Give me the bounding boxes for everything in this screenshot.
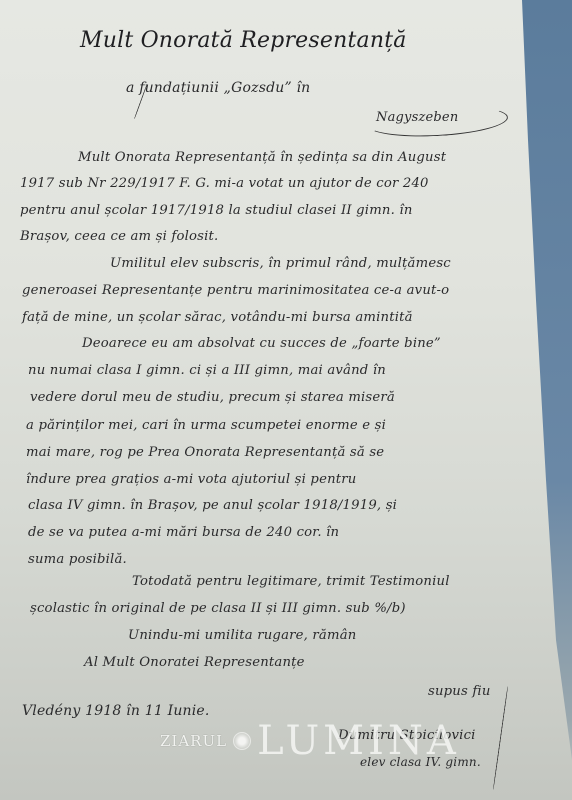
signature-title: elev clasa IV. gimn. [360,755,481,769]
paragraph-1-line-1: Mult Onorata Representanță în ședința sa… [78,150,446,165]
paragraph-4-line-1: Totodată pentru legitimare, trimit Testi… [132,574,450,589]
paragraph-4-line-2: școlastic în original de pe clasa II și … [30,601,406,616]
paragraph-1-line-2: 1917 sub Nr 229/1917 F. G. mi-a votat un… [20,176,429,191]
location-underline-flourish [365,102,508,139]
paragraph-3-line-6: îndure prea grațios a-mi vota ajutoriul … [26,472,356,487]
closing-signoff: supus fiu [428,684,491,699]
paragraph-3-line-7: clasa IV gimn. în Brașov, pe anul școlar… [28,498,397,513]
paragraph-3-line-4: a părinților mei, cari în urma scumpetei… [26,418,386,433]
watermark-emblem-icon [233,732,251,750]
paragraph-2-line-1: Umilitul elev subscris, în primul rând, … [110,256,451,271]
paragraph-3-line-8: de se va putea a-mi mări bursa de 240 co… [28,525,339,540]
paragraph-3-line-3: vedere dorul meu de studiu, precum și st… [30,390,395,405]
closing-place-date: Vledény 1918 în 11 Iunie. [22,703,210,719]
watermark-prefix: ZIARUL [160,732,227,750]
paragraph-3-line-5: mai mare, rog pe Prea Onorata Representa… [26,445,384,460]
paragraph-2-line-2: generoasei Representanțe pentru marinimo… [22,283,449,298]
letter-heading-title: Mult Onorată Representanță [80,28,407,53]
paragraph-3-line-2: nu numai clasa I gimn. ci și a III gimn,… [28,363,386,378]
paragraph-1-line-4: Brașov, ceea ce am și folosit. [20,229,218,244]
paragraph-2-line-3: față de mine, un școlar sărac, votându-m… [22,310,413,325]
closing-addressee: Al Mult Onoratei Representanțe [84,655,305,670]
paragraph-3-line-1: Deoarece eu am absolvat cu succes de „fo… [82,336,441,351]
signature-name: Dumitru Stoicilovici [338,728,476,743]
paragraph-1-line-3: pentru anul școlar 1917/1918 la studiul … [20,203,413,218]
paragraph-5-line-1: Unindu-mi umilita rugare, rămân [128,628,356,643]
paragraph-3-line-9: suma posibilă. [28,552,127,567]
letter-paper: Mult Onorată Representanță a fundațiunii… [0,0,572,800]
signature-flourish [493,686,508,789]
letter-heading-subtitle: a fundațiunii „Gozsdu” în [126,80,310,96]
